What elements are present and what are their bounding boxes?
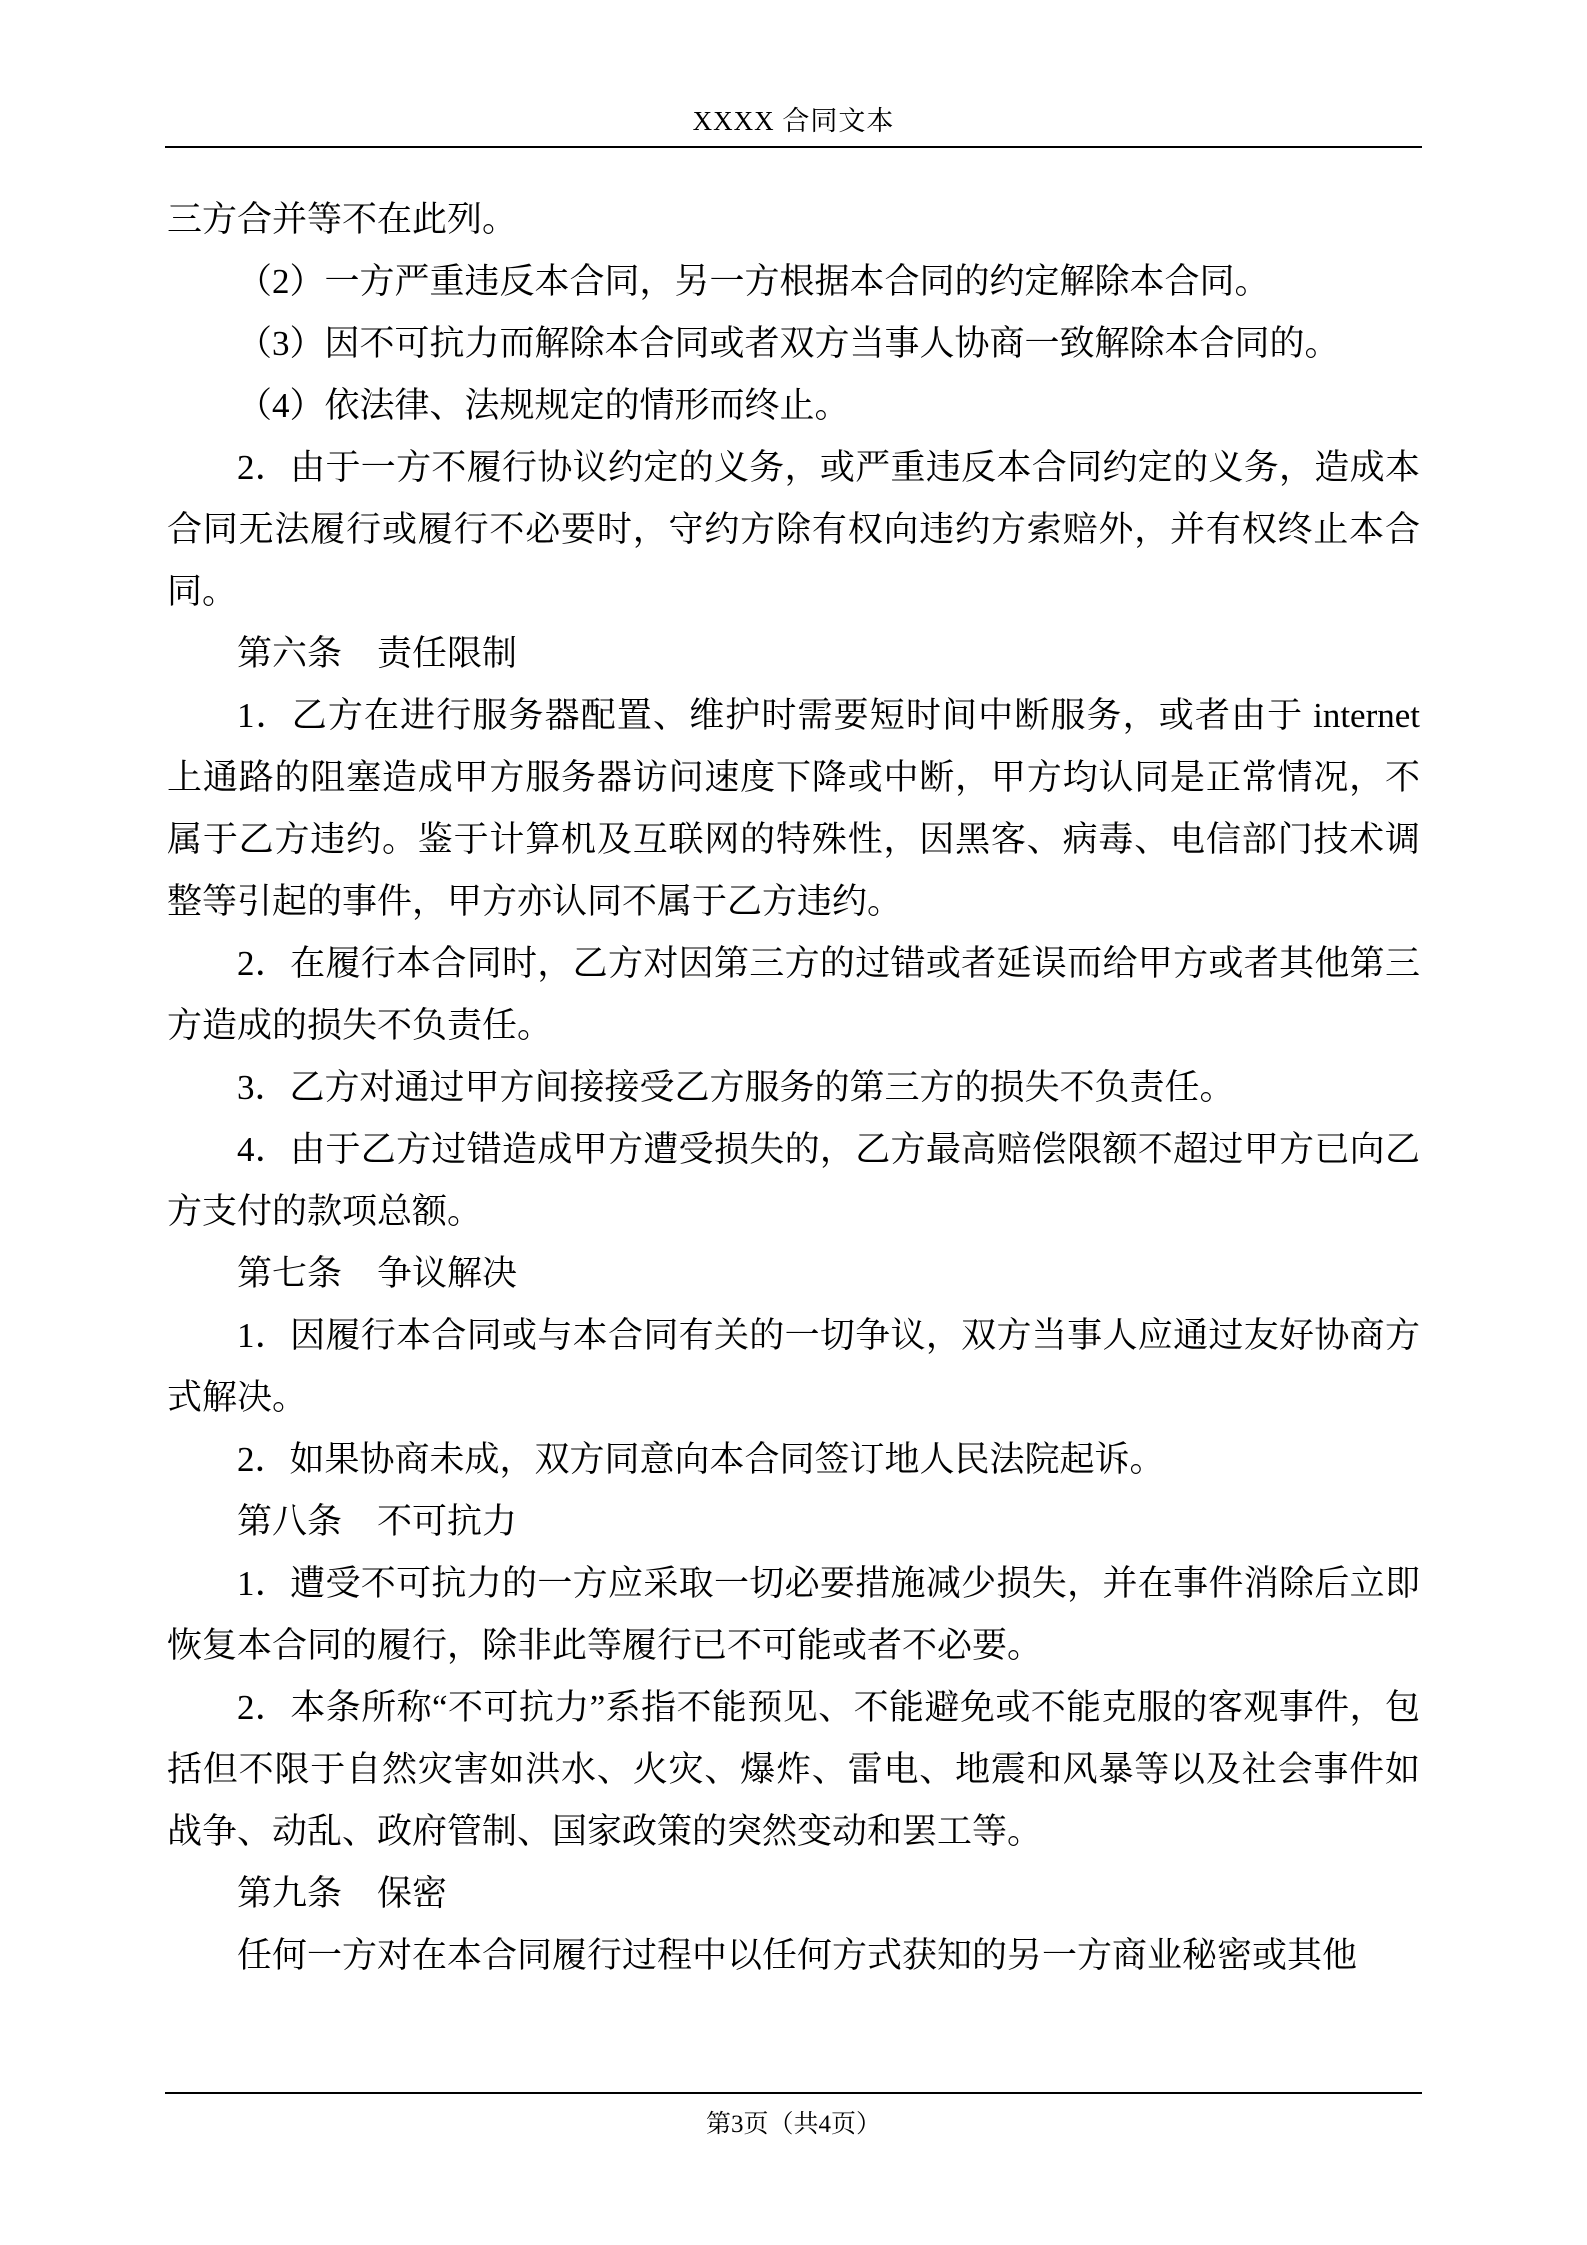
article-7-item-2: 2．如果协商未成，双方同意向本合同签订地人民法院起诉。	[167, 1429, 1420, 1491]
article-7-item-1: 1．因履行本合同或与本合同有关的一切争议，双方当事人应通过友好协商方式解决。	[167, 1305, 1420, 1429]
article-8-item-1: 1．遭受不可抗力的一方应采取一切必要措施减少损失，并在事件消除后立即恢复本合同的…	[167, 1553, 1420, 1677]
paragraph-continued: 三方合并等不在此列。	[167, 189, 1420, 251]
article-6-item-4: 4．由于乙方过错造成甲方遭受损失的，乙方最高赔偿限额不超过甲方已向乙方支付的款项…	[167, 1119, 1420, 1243]
article-9-body: 任何一方对在本合同履行过程中以任何方式获知的另一方商业秘密或其他	[167, 1925, 1420, 1987]
page-number-label: 第3页（共4页）	[706, 2111, 881, 2138]
page-footer: 第3页（共4页）	[165, 2092, 1422, 2140]
clause-item-2: （2）一方严重违反本合同，另一方根据本合同的约定解除本合同。	[167, 251, 1420, 313]
article-6-item-3: 3．乙方对通过甲方间接接受乙方服务的第三方的损失不负责任。	[167, 1057, 1420, 1119]
paragraph-termination: 2．由于一方不履行协议约定的义务，或严重违反本合同约定的义务，造成本合同无法履行…	[167, 437, 1420, 623]
clause-item-4: （4）依法律、法规规定的情形而终止。	[167, 375, 1420, 437]
contract-page: XXXX 合同文本 三方合并等不在此列。（2）一方严重违反本合同，另一方根据本合…	[0, 0, 1587, 2245]
page-header: XXXX 合同文本	[165, 0, 1422, 148]
clause-item-3: （3）因不可抗力而解除本合同或者双方当事人协商一致解除本合同的。	[167, 313, 1420, 375]
heading-article-9: 第九条 保密	[167, 1863, 1420, 1925]
header-title: XXXX 合同文本	[693, 99, 895, 138]
article-6-item-2: 2．在履行本合同时，乙方对因第三方的过错或者延误而给甲方或者其他第三方造成的损失…	[167, 933, 1420, 1057]
heading-article-6: 第六条 责任限制	[167, 623, 1420, 685]
article-6-item-1: 1．乙方在进行服务器配置、维护时需要短时间中断服务，或者由于 internet …	[167, 685, 1420, 933]
heading-article-8: 第八条 不可抗力	[167, 1491, 1420, 1553]
article-8-item-2: 2．本条所称“不可抗力”系指不能预见、不能避免或不能克服的客观事件，包括但不限于…	[167, 1677, 1420, 1863]
heading-article-7: 第七条 争议解决	[167, 1243, 1420, 1305]
contract-body: 三方合并等不在此列。（2）一方严重违反本合同，另一方根据本合同的约定解除本合同。…	[167, 189, 1420, 1987]
